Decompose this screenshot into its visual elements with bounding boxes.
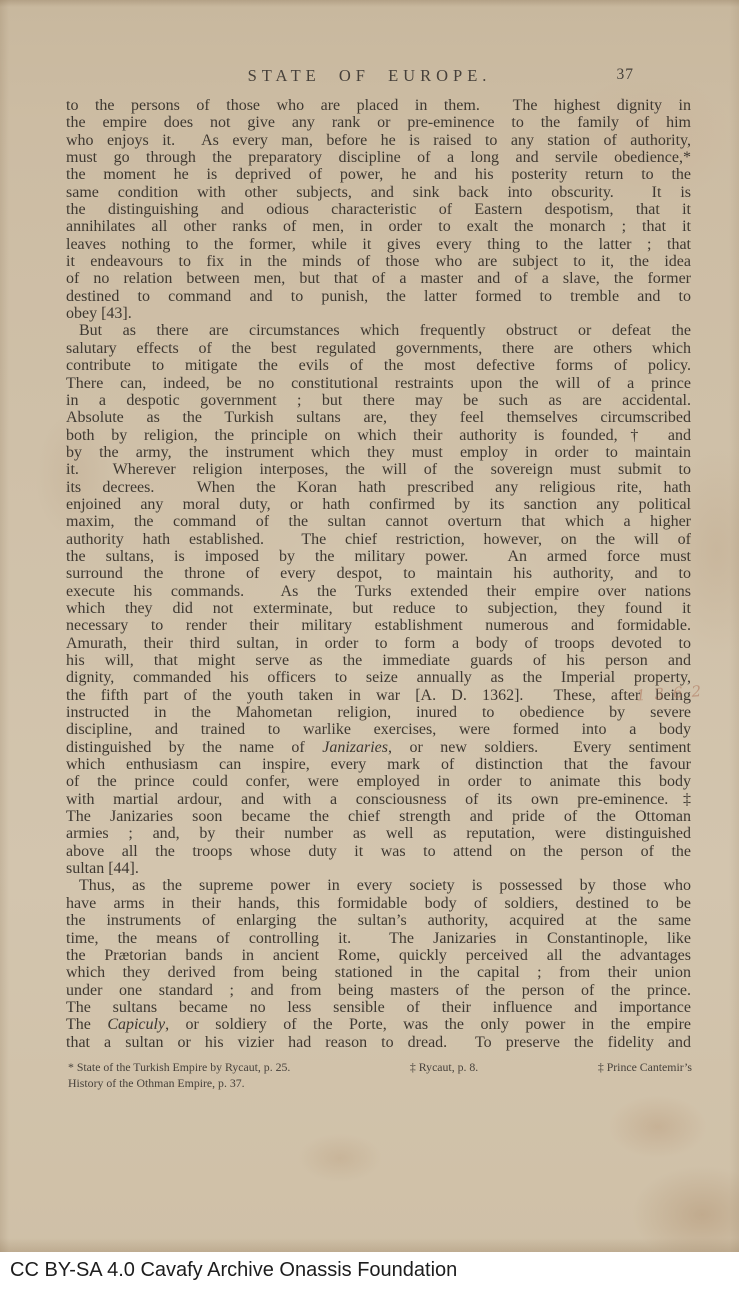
text-line: that a sultan or his vizier had reason t…: [66, 1034, 691, 1051]
text-line: surround the throne of every despot, to …: [66, 565, 691, 582]
text-line: the fifth part of the youth taken in war…: [66, 687, 691, 704]
text-line: distinguished by the name of Janizaries,…: [66, 739, 691, 756]
text-line: both by religion, the principle on which…: [66, 427, 691, 444]
paragraph: to the persons of those who are placed i…: [66, 97, 691, 322]
license-caption-bar: CC BY-SA 4.0 Cavafy Archive Onassis Foun…: [0, 1252, 739, 1289]
text-line: of the prince could confer, were employe…: [66, 773, 691, 790]
text-line: But as there are circumstances which fre…: [66, 322, 691, 339]
text-line: must go through the preparatory discipli…: [66, 149, 691, 166]
text-line: instructed in the Mahometan religion, in…: [66, 704, 691, 721]
text-line: it endeavours to fix in the minds of tho…: [66, 253, 691, 270]
text-line: its decrees. When the Koran hath prescri…: [66, 479, 691, 496]
text-line: who enjoys it. As every man, before he i…: [66, 132, 691, 149]
text-line: which enthusiasm can inspire, every mark…: [66, 756, 691, 773]
text-line: the moment he is deprived of power, he a…: [66, 166, 691, 183]
text-line: execute his commands. As the Turks exten…: [66, 583, 691, 600]
text-line: Absolute as the Turkish sultans are, the…: [66, 409, 691, 426]
text-line: time, the means of controlling it. The J…: [66, 930, 691, 947]
page-body: to the persons of those who are placed i…: [66, 97, 691, 1051]
footnotes: * State of the Turkish Empire by Rycaut,…: [68, 1060, 692, 1091]
text-line: with martial ardour, and with a consciou…: [66, 791, 691, 808]
paragraph: Thus, as the supreme power in every soci…: [66, 877, 691, 1050]
text-line: dignity, commanded his officers to seize…: [66, 669, 691, 686]
text-line: armies ; and, by their number as well as…: [66, 825, 691, 842]
text-line: annihilates all other ranks of men, in o…: [66, 218, 691, 235]
text-line: Amurath, their third sultan, in order to…: [66, 635, 691, 652]
text-line: maxim, the command of the sultan cannot …: [66, 513, 691, 530]
text-line: The Capiculy, or soldiery of the Porte, …: [66, 1016, 691, 1033]
page-number: 37: [617, 66, 635, 84]
text-line: by the army, the instrument which they m…: [66, 444, 691, 461]
footnote-continuation: History of the Othman Empire, p. 37.: [68, 1076, 692, 1091]
text-line: the Prætorian bands in ancient Rome, qui…: [66, 947, 691, 964]
text-line: enjoined any moral duty, or hath confirm…: [66, 496, 691, 513]
text-line: discipline, and trained to warlike exerc…: [66, 721, 691, 738]
text-line: There can, indeed, be no constitutional …: [66, 375, 691, 392]
text-line: obey [43].: [66, 305, 691, 322]
text-line: sultan [44].: [66, 860, 691, 877]
text-line: leaves nothing to the former, while it g…: [66, 236, 691, 253]
text-line: of no relation between men, but that of …: [66, 270, 691, 287]
text-line: to the persons of those who are placed i…: [66, 97, 691, 114]
text-line: same condition with other subjects, and …: [66, 184, 691, 201]
text-line: which they did not exterminate, but redu…: [66, 600, 691, 617]
text-line: authority hath established. The chief re…: [66, 531, 691, 548]
scanned-book-page: STATE OF EUROPE. 37 to the persons of th…: [0, 0, 739, 1252]
text-line: Thus, as the supreme power in every soci…: [66, 877, 691, 894]
footnote-dagger: ‡ Rycaut, p. 8.: [410, 1060, 478, 1075]
text-line: the empire does not give any rank or pre…: [66, 114, 691, 131]
text-line: which they derived from being stationed …: [66, 964, 691, 981]
text-line: the distinguishing and odious characteri…: [66, 201, 691, 218]
text-line: The Janizaries soon became the chief str…: [66, 808, 691, 825]
text-line: contribute to mitigate the evils of the …: [66, 357, 691, 374]
text-line: the sultans, is imposed by the military …: [66, 548, 691, 565]
text-line: destined to command and to punish, the l…: [66, 288, 691, 305]
license-caption-text: CC BY-SA 4.0 Cavafy Archive Onassis Foun…: [10, 1259, 457, 1282]
text-line: salutary effects of the best regulated g…: [66, 340, 691, 357]
text-line: in a despotic government ; but there may…: [66, 392, 691, 409]
footnote-double-dagger: ‡ Prince Cantemir’s: [598, 1060, 692, 1075]
text-line: necessary to render their military estab…: [66, 617, 691, 634]
text-line: have arms in their hands, this formidabl…: [66, 895, 691, 912]
text-line: The sultans became no less sensible of t…: [66, 999, 691, 1016]
text-line: the instruments of enlarging the sultan’…: [66, 912, 691, 929]
text-line: above all the troops whose duty it was t…: [66, 843, 691, 860]
text-line: under one standard ; and from being mast…: [66, 982, 691, 999]
footnote-asterisk: * State of the Turkish Empire by Rycaut,…: [68, 1060, 290, 1075]
text-line: his will, that might serve as the immedi…: [66, 652, 691, 669]
paragraph: But as there are circumstances which fre…: [66, 322, 691, 877]
text-line: it. Wherever religion interposes, the wi…: [66, 461, 691, 478]
handwritten-margin-note: 1362: [635, 681, 710, 704]
footnote-row: * State of the Turkish Empire by Rycaut,…: [68, 1060, 692, 1075]
